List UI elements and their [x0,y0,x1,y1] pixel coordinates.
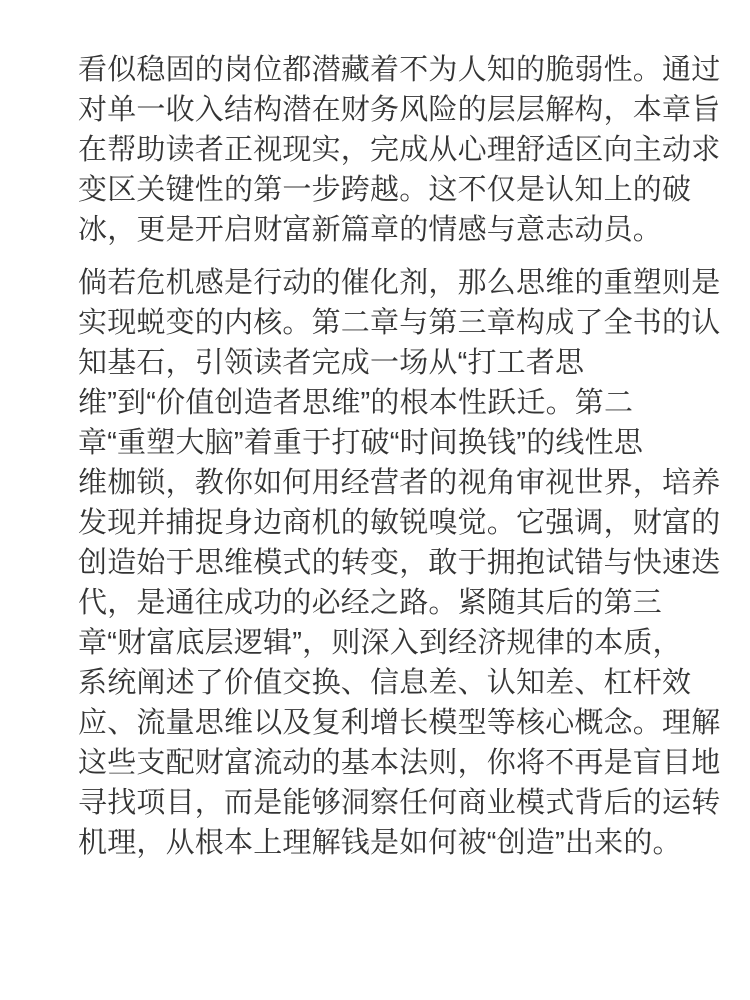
text-line: 章“财富底层逻辑”，则深入到经济规律的本质， [78,623,720,663]
paragraph-2: 倘若危机感是行动的催化剂，那么思维的重塑则是 实现蜕变的内核。第二章与第三章构成… [78,263,720,863]
reader-page: 看似稳固的岗位都潜藏着不为人知的脆弱性。通过 对单一收入结构潜在财务风险的层层解… [0,0,750,1000]
text-line: 系统阐述了价值交换、信息差、认知差、杠杆效 [78,663,720,703]
text-line: 机理，从根本上理解钱是如何被“创造”出来的。 [78,823,720,863]
text-line: 章“重塑大脑”着重于打破“时间换钱”的线性思 [78,423,720,463]
text-line: 对单一收入结构潜在财务风险的层层解构，本章旨 [78,90,720,130]
text-line: 实现蜕变的内核。第二章与第三章构成了全书的认 [78,303,720,343]
text-line: 维”到“价值创造者思维”的根本性跃迁。第二 [78,383,720,423]
text-line: 创造始于思维模式的转变，敢于拥抱试错与快速迭 [78,543,720,583]
text-line: 变区关键性的第一步跨越。这不仅是认知上的破 [78,170,720,210]
text-line: 维枷锁，教你如何用经营者的视角审视世界，培养 [78,463,720,503]
text-line: 冰，更是开启财富新篇章的情感与意志动员。 [78,210,720,250]
text-line: 倘若危机感是行动的催化剂，那么思维的重塑则是 [78,263,720,303]
text-line: 这些支配财富流动的基本法则，你将不再是盲目地 [78,743,720,783]
text-line: 代，是通往成功的必经之路。紧随其后的第三 [78,583,720,623]
text-line: 在帮助读者正视现实，完成从心理舒适区向主动求 [78,130,720,170]
text-line: 知基石，引领读者完成一场从“打工者思 [78,343,720,383]
text-line: 应、流量思维以及复利增长模型等核心概念。理解 [78,703,720,743]
text-line: 发现并捕捉身边商机的敏锐嗅觉。它强调，财富的 [78,503,720,543]
text-line: 寻找项目，而是能够洞察任何商业模式背后的运转 [78,783,720,823]
paragraph-1: 看似稳固的岗位都潜藏着不为人知的脆弱性。通过 对单一收入结构潜在财务风险的层层解… [78,50,720,250]
text-line: 看似稳固的岗位都潜藏着不为人知的脆弱性。通过 [78,50,720,90]
